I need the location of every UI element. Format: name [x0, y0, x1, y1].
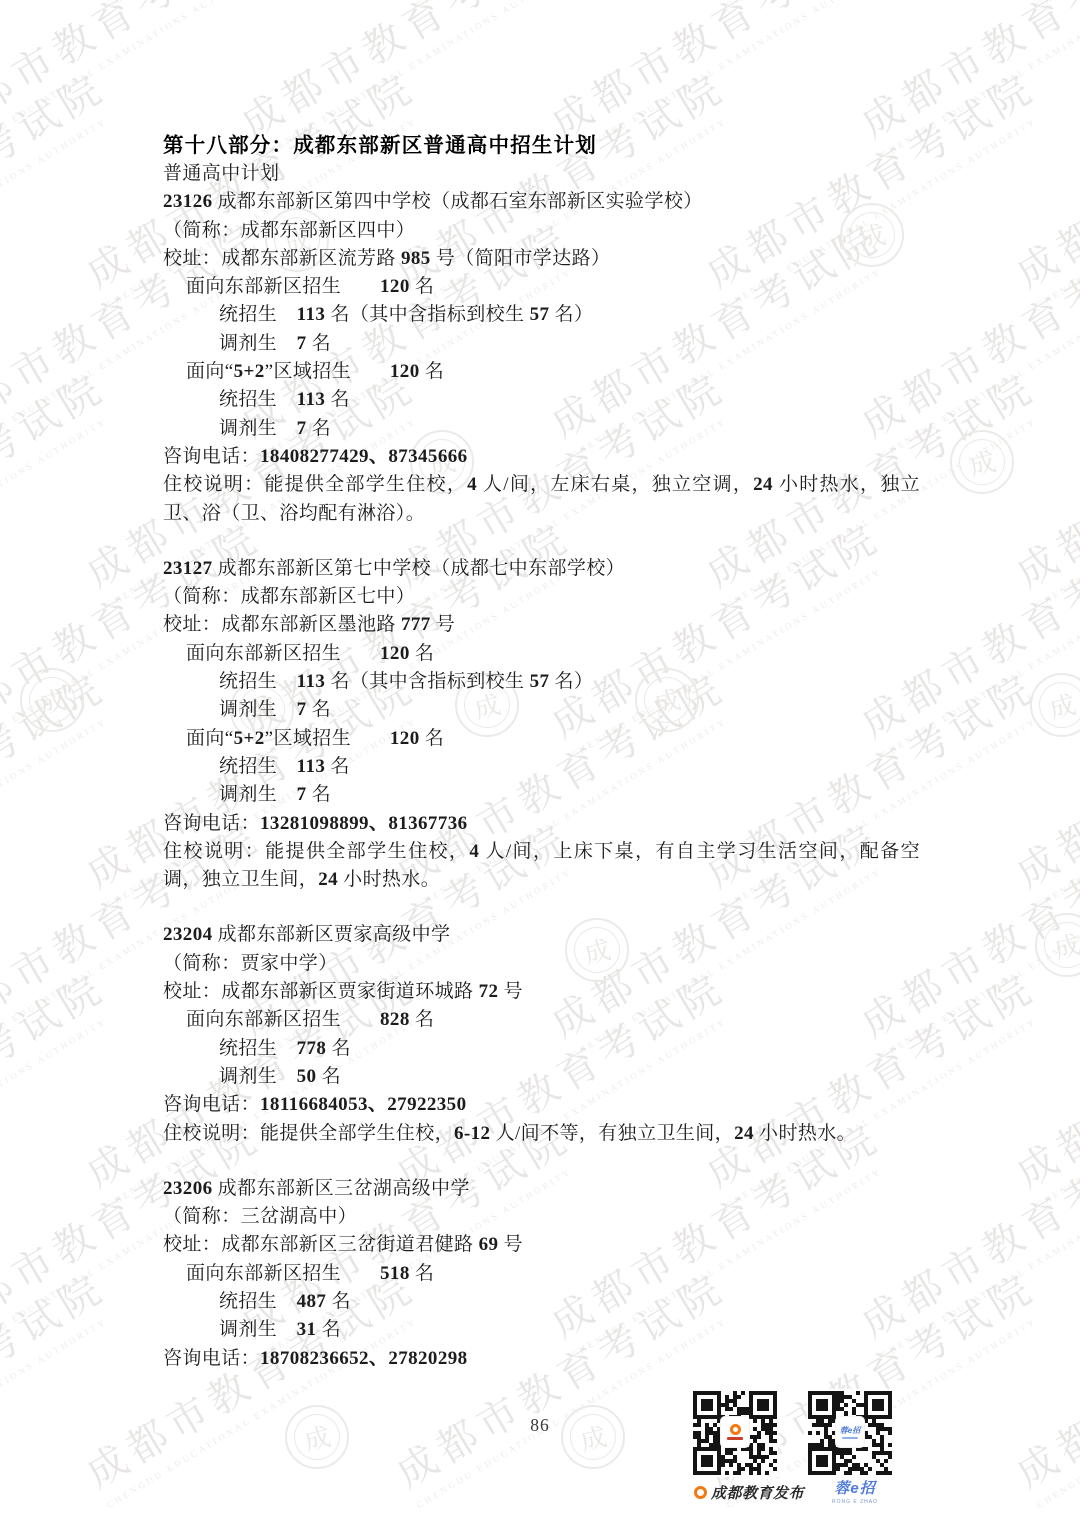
bold-number: 120 — [380, 643, 410, 664]
bold-number: 23206 — [163, 1178, 213, 1199]
school-section-23127: 23127 成都东部新区第七中学校（成都七中东部学校） （简称：成都东部新区七中… — [163, 555, 920, 895]
text-run: 统招生 — [219, 1038, 297, 1059]
text-run: 小时热水。 — [338, 869, 440, 890]
bold-number: 113 — [297, 304, 326, 325]
text-run: （简称：三岔湖高中） — [163, 1206, 357, 1227]
bold-number: 18116684053、27922350 — [260, 1094, 466, 1115]
text-run: 成都东部新区三岔湖高级中学 — [213, 1178, 470, 1199]
school-section-23126: 23126 成都东部新区第四中学校（成都石室东部新区实验学校） （简称：成都东部… — [163, 188, 920, 528]
text-run: 统招生 — [219, 756, 297, 777]
quota-line: 调剂生 7 名 — [163, 330, 920, 358]
text-run: 名 — [326, 1291, 351, 1312]
bold-number: 7 — [297, 699, 307, 720]
watermark-text: 成都市教育考试院CHENGDU EDUCATIONAL EXAMINATIONS… — [694, 0, 1052, 10]
text-run: 统招生 — [219, 1291, 297, 1312]
bold-number: 120 — [390, 728, 420, 749]
text-run: 号 — [498, 1234, 523, 1255]
section-gap — [163, 894, 920, 921]
bold-number: 120 — [390, 361, 420, 382]
text-run: 咨询电话： — [163, 446, 260, 467]
watermark-text: 成都市教育考试院CHENGDU EDUCATIONAL EXAMINATIONS… — [0, 356, 122, 610]
watermark-text: 成都市教育考试院CHENGDU EDUCATIONAL EXAMINATIONS… — [0, 0, 122, 10]
watermark-text: 成都市教育考试院CHENGDU EDUCATIONAL EXAMINATIONS… — [0, 1256, 122, 1510]
watermark-seal-icon: 成 — [950, 430, 1014, 494]
text-run: 统招生 — [219, 304, 297, 325]
school-section-23206: 23206 成都东部新区三岔湖高级中学 （简称：三岔湖高中） 校址：成都东部新区… — [163, 1175, 920, 1373]
bold-number: 120 — [380, 276, 410, 297]
text-run: 号 — [498, 981, 523, 1002]
quota-line: 调剂生 7 名 — [163, 696, 920, 724]
watermark-text: 成都市教育考试院CHENGDU EDUCATIONAL EXAMINATIONS… — [1004, 956, 1080, 1210]
quota-line: 统招生 113 名 — [163, 753, 920, 781]
bold-number: 7 — [297, 333, 307, 354]
quota-line: 调剂生 7 名 — [163, 781, 920, 809]
watermark-seal-icon: 成 — [1030, 673, 1080, 737]
bold-number: 113 — [297, 756, 326, 777]
orange-ring-icon — [730, 1424, 741, 1435]
quota-line: 面向东部新区招生 828 名 — [163, 1006, 920, 1034]
section-gap — [163, 528, 920, 555]
text-run: 校址：成都东部新区墨池路 — [163, 614, 401, 635]
qr-code-rong-e-zhao: 蓉e招 — [807, 1389, 893, 1477]
bold-number: 777 — [401, 614, 431, 635]
text-run: 面向东部新区招生 — [186, 1009, 380, 1030]
text-run: 调剂生 — [219, 784, 297, 805]
watermark-text: 成都市教育考试院CHENGDU EDUCATIONAL EXAMINATIONS… — [74, 0, 432, 10]
school-address: 校址：成都东部新区贾家街道环城路 72 号 — [163, 978, 920, 1006]
text-run: 住校说明：能提供全部学生住校， — [163, 841, 469, 862]
text-run: 名 — [316, 1066, 341, 1087]
text-run: 校址：成都东部新区三岔街道君健路 — [163, 1234, 479, 1255]
bold-number: 23204 — [163, 924, 213, 945]
quota-line: 统招生 113 名（其中含指标到校生 57 名） — [163, 301, 920, 329]
watermark-text: 成都市教育考试院CHENGDU EDUCATIONAL EXAMINATIONS… — [1004, 56, 1080, 310]
text-run: （简称：贾家中学） — [163, 953, 338, 974]
text-run: 成都东部新区第七中学校（成都七中东部学校） — [213, 558, 626, 579]
quota-line: 统招生 113 名（其中含指标到校生 57 名） — [163, 668, 920, 696]
watermark-text: 成都市教育考试院CHENGDU EDUCATIONAL EXAMINATIONS… — [0, 56, 122, 310]
text-run: 名 — [307, 333, 332, 354]
text-run: 名 — [307, 784, 332, 805]
text-run: 住校说明：能提供全部学生住校， — [163, 474, 467, 495]
bold-number: 24 — [734, 1123, 754, 1144]
bold-number: 23127 — [163, 558, 213, 579]
text-run: 面向东部新区招生 — [186, 1263, 380, 1284]
document-content: 第十八部分：成都东部新区普通高中招生计划 普通高中计划 23126 成都东部新区… — [163, 131, 920, 1373]
text-run: 统招生 — [219, 389, 297, 410]
text-run: 号（简阳市学达路） — [431, 248, 611, 269]
quota-line: 统招生 778 名 — [163, 1035, 920, 1063]
bold-number: 4 — [469, 841, 479, 862]
bold-number: 57 — [530, 304, 550, 325]
text-run: 面向“ — [186, 361, 234, 382]
plan-subtitle: 普通高中计划 — [163, 160, 920, 188]
quota-line: 面向“5+2”区域招生 120 名 — [163, 358, 920, 386]
text-run: 名 — [316, 1319, 341, 1340]
text-run: 校址：成都东部新区贾家街道环城路 — [163, 981, 479, 1002]
text-run: 名 — [410, 1263, 435, 1284]
watermark-seal-icon: 成 — [285, 1405, 349, 1469]
bold-number: 828 — [380, 1009, 410, 1030]
text-run: （简称：成都东部新区四中） — [163, 220, 415, 241]
watermark-text: 成都市教育考试院CHENGDU EDUCATIONAL EXAMINATIONS… — [0, 656, 122, 910]
quota-line: 调剂生 7 名 — [163, 415, 920, 443]
text-run: 调剂生 — [219, 418, 297, 439]
text-run: 名 — [420, 361, 445, 382]
text-run: 名 — [325, 756, 350, 777]
qr-center-logo-blue: 蓉e招 — [836, 1417, 864, 1447]
watermark-text: 成都市教育考试院CHENGDU EDUCATIONAL EXAMINATIONS… — [384, 0, 742, 10]
bold-number: 31 — [297, 1319, 317, 1340]
blue-text-bar — [842, 1437, 858, 1439]
bold-number: 7 — [297, 418, 307, 439]
school-short-name: （简称：三岔湖高中） — [163, 1203, 920, 1231]
text-run: 名 — [325, 389, 350, 410]
quota-line: 面向东部新区招生 120 名 — [163, 273, 920, 301]
text-run: 调剂生 — [219, 1066, 297, 1087]
quota-line: 统招生 113 名 — [163, 386, 920, 414]
school-short-name: （简称：成都东部新区七中） — [163, 583, 920, 611]
text-run: 咨询电话： — [163, 1348, 260, 1369]
text-run: （简称：成都东部新区七中） — [163, 586, 415, 607]
text-run: 人/间不等，有独立卫生间， — [490, 1123, 734, 1144]
quota-line: 统招生 487 名 — [163, 1288, 920, 1316]
bold-number: 69 — [479, 1234, 499, 1255]
page-title: 第十八部分：成都东部新区普通高中招生计划 — [163, 131, 920, 160]
text-run: 咨询电话： — [163, 1094, 260, 1115]
text-run: 名 — [410, 643, 435, 664]
qr1-caption: 成都教育发布 — [694, 1482, 804, 1503]
text-run: 名 — [410, 1009, 435, 1030]
bold-number: 57 — [530, 671, 550, 692]
bold-number: 24 — [753, 474, 773, 495]
text-run: 名 — [326, 1038, 351, 1059]
dorm-note: 住校说明：能提供全部学生住校，6-12 人/间不等，有独立卫生间，24 小时热水… — [163, 1120, 920, 1148]
bold-number: 50 — [297, 1066, 317, 1087]
text-run: 名） — [549, 304, 593, 325]
quota-line: 调剂生 50 名 — [163, 1063, 920, 1091]
watermark-seal-icon: 成 — [1035, 913, 1080, 977]
bold-number: 5+2 — [234, 361, 265, 382]
text-run: 咨询电话： — [163, 813, 260, 834]
bold-number: 7 — [297, 784, 307, 805]
text-run: 号 — [431, 614, 456, 635]
watermark-text: 成都市教育考试院CHENGDU EDUCATIONAL EXAMINATIONS… — [1004, 1256, 1080, 1510]
qr2-caption-subtext: RONG E ZHAO — [832, 1499, 878, 1505]
text-run: 面向东部新区招生 — [186, 276, 380, 297]
text-run: 小时热水。 — [754, 1123, 856, 1144]
school-section-23204: 23204 成都东部新区贾家高级中学 （简称：贾家中学） 校址：成都东部新区贾家… — [163, 921, 920, 1147]
phone-line: 咨询电话：18708236652、27820298 — [163, 1345, 920, 1373]
section-gap — [163, 1148, 920, 1175]
watermark-text: 成都市教育考试院CHENGDU EDUCATIONAL EXAMINATIONS… — [1004, 356, 1080, 610]
bold-number: 778 — [297, 1038, 327, 1059]
text-run: 面向东部新区招生 — [186, 643, 380, 664]
bold-number: 6-12 — [454, 1123, 490, 1144]
document-page: 成都市教育考试院CHENGDU EDUCATIONAL EXAMINATIONS… — [0, 0, 1080, 1527]
red-text-bar — [727, 1437, 743, 1440]
watermark-seal-icon: 成 — [20, 668, 84, 732]
text-run: 名（其中含指标到校生 — [325, 304, 529, 325]
rong-e-zhao-mini-logo: 蓉e招 — [840, 1426, 860, 1435]
school-address: 校址：成都东部新区墨池路 777 号 — [163, 611, 920, 639]
text-run: 校址：成都东部新区流芳路 — [163, 248, 401, 269]
quota-line: 面向东部新区招生 518 名 — [163, 1260, 920, 1288]
bold-number: 985 — [401, 248, 431, 269]
school-code-line: 23206 成都东部新区三岔湖高级中学 — [163, 1175, 920, 1203]
text-run: 面向“ — [186, 728, 234, 749]
quota-line: 面向东部新区招生 120 名 — [163, 640, 920, 668]
bold-number: 18708236652、27820298 — [260, 1348, 468, 1369]
school-short-name: （简称：成都东部新区四中） — [163, 217, 920, 245]
qr2-caption: 蓉e招 RONG E ZHAO — [832, 1477, 878, 1505]
qr-center-logo-orange — [721, 1417, 749, 1447]
text-run: 名） — [549, 671, 593, 692]
page-number: 86 — [505, 1415, 575, 1436]
text-run: 名 — [307, 418, 332, 439]
qr2-caption-logo-text: 蓉e招 — [834, 1477, 875, 1498]
school-code-line: 23126 成都东部新区第四中学校（成都石室东部新区实验学校） — [163, 188, 920, 216]
school-code-line: 23204 成都东部新区贾家高级中学 — [163, 921, 920, 949]
text-run: 住校说明：能提供全部学生住校， — [163, 1123, 454, 1144]
bold-number: 23126 — [163, 191, 213, 212]
dorm-note: 住校说明：能提供全部学生住校，4 人/间，左床右桌，独立空调，24 小时热水，独… — [163, 471, 920, 528]
bold-number: 4 — [467, 474, 477, 495]
phone-line: 咨询电话：13281098899、81367736 — [163, 810, 920, 838]
text-run: 成都东部新区第四中学校（成都石室东部新区实验学校） — [213, 191, 703, 212]
bold-number: 5+2 — [234, 728, 265, 749]
qr-pattern — [693, 1391, 777, 1475]
bold-number: 24 — [318, 869, 338, 890]
text-run: 名 — [410, 276, 435, 297]
school-short-name: （简称：贾家中学） — [163, 950, 920, 978]
school-address: 校址：成都东部新区流芳路 985 号（简阳市学达路） — [163, 245, 920, 273]
text-run: 成都东部新区贾家高级中学 — [213, 924, 451, 945]
text-run: ”区域招生 — [265, 728, 390, 749]
dorm-note: 住校说明：能提供全部学生住校，4 人/间，上床下桌，有自主学习生活空间，配备空调… — [163, 838, 920, 895]
bold-number: 113 — [297, 671, 326, 692]
text-run: 调剂生 — [219, 333, 297, 354]
phone-line: 咨询电话：18116684053、27922350 — [163, 1091, 920, 1119]
watermark-text: 成都市教育考试院CHENGDU EDUCATIONAL EXAMINATIONS… — [0, 956, 122, 1210]
watermark-seal-icon: 成 — [561, 1405, 625, 1469]
bold-number: 113 — [297, 389, 326, 410]
bold-number: 18408277429、87345666 — [260, 446, 468, 467]
quota-line: 调剂生 31 名 — [163, 1316, 920, 1344]
school-address: 校址：成都东部新区三岔街道君健路 69 号 — [163, 1231, 920, 1259]
orange-ring-icon — [694, 1486, 707, 1499]
text-run: ”区域招生 — [265, 361, 390, 382]
bold-number: 487 — [297, 1291, 327, 1312]
text-run: 名 — [420, 728, 445, 749]
qr-pattern — [808, 1391, 892, 1475]
text-run: 人/间，左床右桌，独立空调， — [477, 474, 753, 495]
text-run: 调剂生 — [219, 699, 297, 720]
text-run: 调剂生 — [219, 1319, 297, 1340]
quota-line: 面向“5+2”区域招生 120 名 — [163, 725, 920, 753]
school-code-line: 23127 成都东部新区第七中学校（成都七中东部学校） — [163, 555, 920, 583]
qr-code-chengdu-education-release — [692, 1389, 778, 1477]
watermark-text: 成都市教育考试院CHENGDU EDUCATIONAL EXAMINATIONS… — [1004, 0, 1080, 10]
qr1-caption-text: 成都教育发布 — [711, 1482, 804, 1503]
bold-number: 518 — [380, 1263, 410, 1284]
bold-number: 72 — [479, 981, 499, 1002]
text-run: 统招生 — [219, 671, 297, 692]
text-run: 名 — [307, 699, 332, 720]
watermark-text: 成都市教育考试院CHENGDU EDUCATIONAL EXAMINATIONS… — [1004, 656, 1080, 910]
phone-line: 咨询电话：18408277429、87345666 — [163, 443, 920, 471]
text-run: 名（其中含指标到校生 — [325, 671, 529, 692]
bold-number: 13281098899、81367736 — [260, 813, 468, 834]
